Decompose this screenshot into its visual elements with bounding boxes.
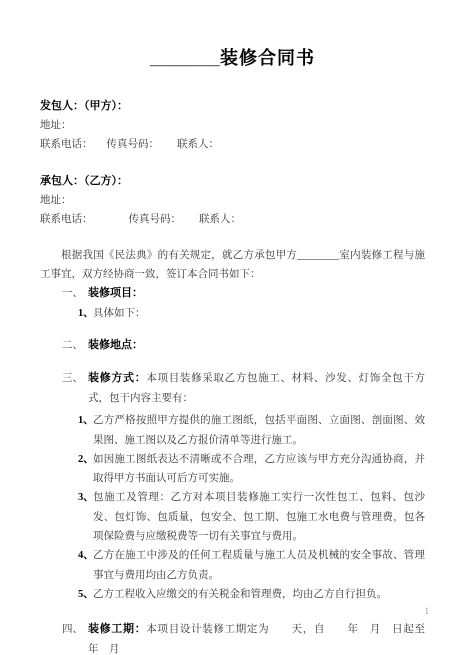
- title-blank-line: _______: [150, 48, 220, 68]
- party-b-address-label: 地址：: [40, 191, 425, 210]
- section-3-heading: 装修方式：: [88, 372, 146, 384]
- item-number: 4、: [78, 546, 93, 585]
- page-number: 1: [425, 606, 430, 616]
- party-a-phone-label: 联系电话：: [40, 139, 93, 150]
- list-item: 1、 具体如下：: [78, 304, 425, 323]
- section-2-head: 二、 装修地点：: [62, 336, 425, 356]
- list-item: 1、 乙方严格按照甲方提供的施工图纸，包括平面图、立面图、剖面图、效果图、施工图…: [78, 411, 425, 450]
- list-item: 5、 乙方工程收入应缴交的有关税金和管理费，均由乙方自行担负。: [78, 585, 425, 604]
- section-2-heading: 装修地点：: [88, 339, 143, 351]
- section-3-items: 1、 乙方严格按照甲方提供的施工图纸，包括平面图、立面图、剖面图、效果图、施工图…: [40, 411, 425, 604]
- item-number: 1、: [78, 411, 93, 450]
- list-item: 2、 如因施工图纸表达不清晰或不合理，乙方应该与甲方充分沟通协商，并取得甲方书面…: [78, 450, 425, 489]
- section-4-text: 装修工期：本项目设计装修工期定为 天，自 年 月 日起至 年 月: [88, 620, 425, 655]
- section-2-number: 二、: [62, 336, 88, 356]
- party-b-heading: 承包人：（乙方）：: [40, 171, 425, 191]
- party-b-block: 承包人：（乙方）： 地址： 联系电话：传真号码：联系人：: [40, 171, 425, 229]
- item-text: 乙方在施工中涉及的任何工程质量与施工人员及机械的安全事故、管理事宜与费用均由乙方…: [93, 546, 425, 585]
- section-renovation-items: 一、 装修项目： 1、 具体如下：: [40, 284, 425, 323]
- item-text: 乙方严格按照甲方提供的施工图纸，包括平面图、立面图、剖面图、效果图、施工图以及乙…: [93, 411, 425, 450]
- document-title-text: 装修合同书: [220, 48, 315, 68]
- section-2-text: 装修地点：: [88, 336, 425, 356]
- party-a-heading: 发包人：（甲方）：: [40, 96, 425, 116]
- list-item: 4、 乙方在施工中涉及的任何工程质量与施工人员及机械的安全事故、管理事宜与费用均…: [78, 546, 425, 585]
- section-4-number: 四、: [62, 620, 88, 655]
- section-3-head: 三、 装修方式：本项目装修采取乙方包施工、材料、沙发、灯饰全包干方式，包干内容主…: [62, 369, 425, 408]
- list-item: 3、 包施工及管理：乙方对本项目装修施工实行一次性包工、包料、包沙发、包灯饰、包…: [78, 488, 425, 546]
- item-text: 如因施工图纸表达不清晰或不合理，乙方应该与甲方充分沟通协商，并取得甲方书面认可后…: [93, 450, 425, 489]
- section-renovation-schedule: 四、 装修工期：本项目设计装修工期定为 天，自 年 月 日起至 年 月: [40, 620, 425, 655]
- section-renovation-location: 二、 装修地点：: [40, 336, 425, 356]
- section-1-heading: 装修项目：: [88, 287, 143, 299]
- contract-document-page: _______装修合同书 发包人：（甲方）： 地址： 联系电话：传真号码：联系人…: [0, 0, 463, 655]
- preamble-blank-line: ________: [297, 250, 339, 261]
- party-b-contact-label: 联系人：: [199, 214, 241, 225]
- party-b-phone-label: 联系电话：: [40, 214, 93, 225]
- preamble-text-before: 根据我国《民法典》的有关规定，就乙方承包甲方: [61, 250, 297, 261]
- section-3-number: 三、: [62, 369, 88, 408]
- party-b-fax-label: 传真号码：: [129, 214, 182, 225]
- party-a-block: 发包人：（甲方）： 地址： 联系电话：传真号码：联系人：: [40, 96, 425, 154]
- party-a-address-label: 地址：: [40, 116, 425, 135]
- section-3-text: 装修方式：本项目装修采取乙方包施工、材料、沙发、灯饰全包干方式，包干内容主要有：: [88, 369, 425, 408]
- party-b-contacts-line: 联系电话：传真号码：联系人：: [40, 210, 425, 229]
- item-number: 2、: [78, 450, 93, 489]
- item-number: 5、: [78, 585, 93, 604]
- section-1-head: 一、 装修项目：: [62, 284, 425, 304]
- item-text: 包施工及管理：乙方对本项目装修施工实行一次性包工、包料、包沙发、包灯饰、包质量，…: [93, 488, 425, 546]
- section-4-head: 四、 装修工期：本项目设计装修工期定为 天，自 年 月 日起至 年 月: [62, 620, 425, 655]
- section-renovation-method: 三、 装修方式：本项目装修采取乙方包施工、材料、沙发、灯饰全包干方式，包干内容主…: [40, 369, 425, 604]
- preamble-paragraph: 根据我国《民法典》的有关规定，就乙方承包甲方________室内装修工程与施工事…: [40, 246, 425, 284]
- item-number: 1、: [78, 304, 93, 323]
- item-number: 3、: [78, 488, 93, 546]
- section-1-text: 装修项目：: [88, 284, 425, 304]
- item-text: 乙方工程收入应缴交的有关税金和管理费，均由乙方自行担负。: [93, 585, 425, 604]
- section-1-number: 一、: [62, 284, 88, 304]
- party-a-fax-label: 传真号码：: [107, 139, 160, 150]
- item-text: 具体如下：: [93, 304, 425, 323]
- party-a-contact-label: 联系人：: [177, 139, 219, 150]
- document-title: _______装修合同书: [40, 46, 425, 70]
- party-a-contacts-line: 联系电话：传真号码：联系人：: [40, 135, 425, 154]
- section-1-items: 1、 具体如下：: [40, 304, 425, 323]
- section-4-heading: 装修工期：: [88, 623, 146, 635]
